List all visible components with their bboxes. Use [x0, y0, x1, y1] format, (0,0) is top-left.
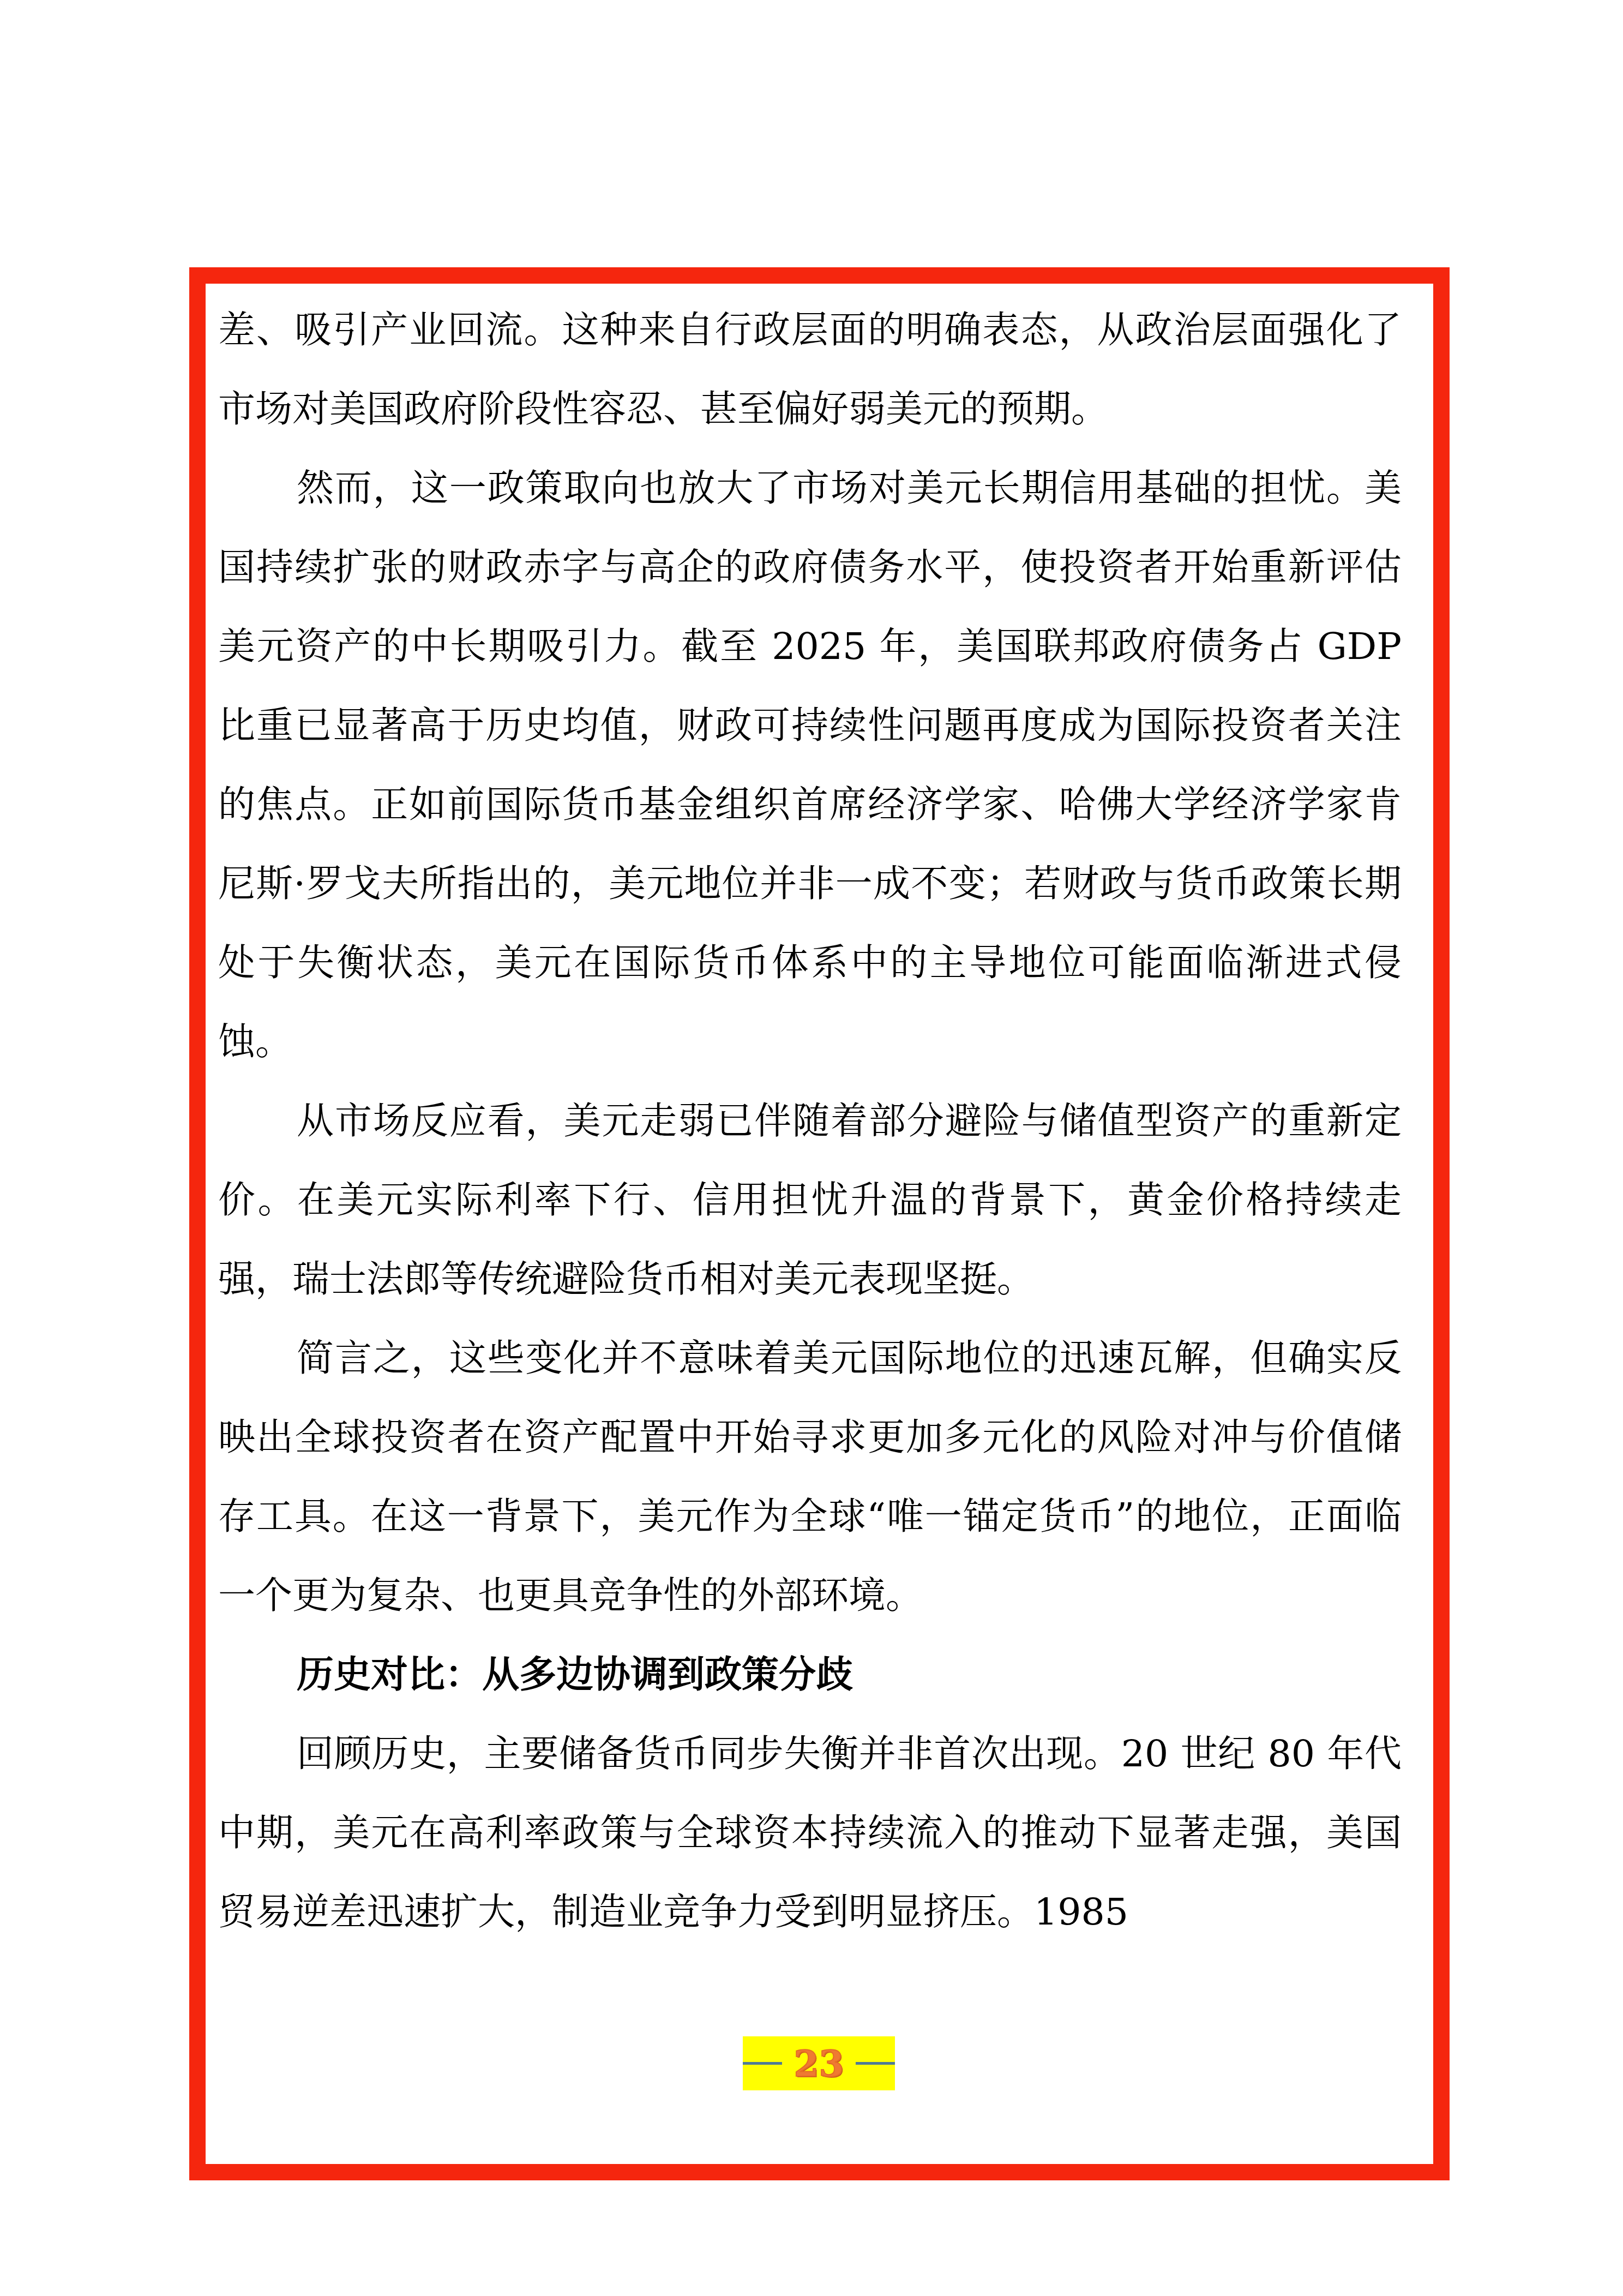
paragraph: 从市场反应看，美元走弱已伴随着部分避险与储值型资产的重新定价。在美元实际利率下行… [218, 1082, 1402, 1319]
dash-left-decoration [743, 2062, 782, 2065]
page-number: 23 [794, 2042, 844, 2085]
paragraph: 差、吸引产业回流。这种来自行政层面的明确表态，从政治层面强化了市场对美国政府阶段… [218, 291, 1402, 449]
dash-right-decoration [856, 2062, 895, 2065]
page-number-badge: 23 [743, 2036, 895, 2090]
section-heading: 历史对比：从多边协调到政策分歧 [218, 1635, 1402, 1714]
paragraph: 回顾历史，主要储备货币同步失衡并非首次出现。20 世纪 80 年代中期，美元在高… [218, 1714, 1402, 1952]
paragraph: 简言之，这些变化并不意味着美元国际地位的迅速瓦解，但确实反映出全球投资者在资产配… [218, 1319, 1402, 1635]
document-body: 差、吸引产业回流。这种来自行政层面的明确表态，从政治层面强化了市场对美国政府阶段… [218, 291, 1402, 1952]
paragraph: 然而，这一政策取向也放大了市场对美元长期信用基础的担忧。美国持续扩张的财政赤字与… [218, 449, 1402, 1082]
